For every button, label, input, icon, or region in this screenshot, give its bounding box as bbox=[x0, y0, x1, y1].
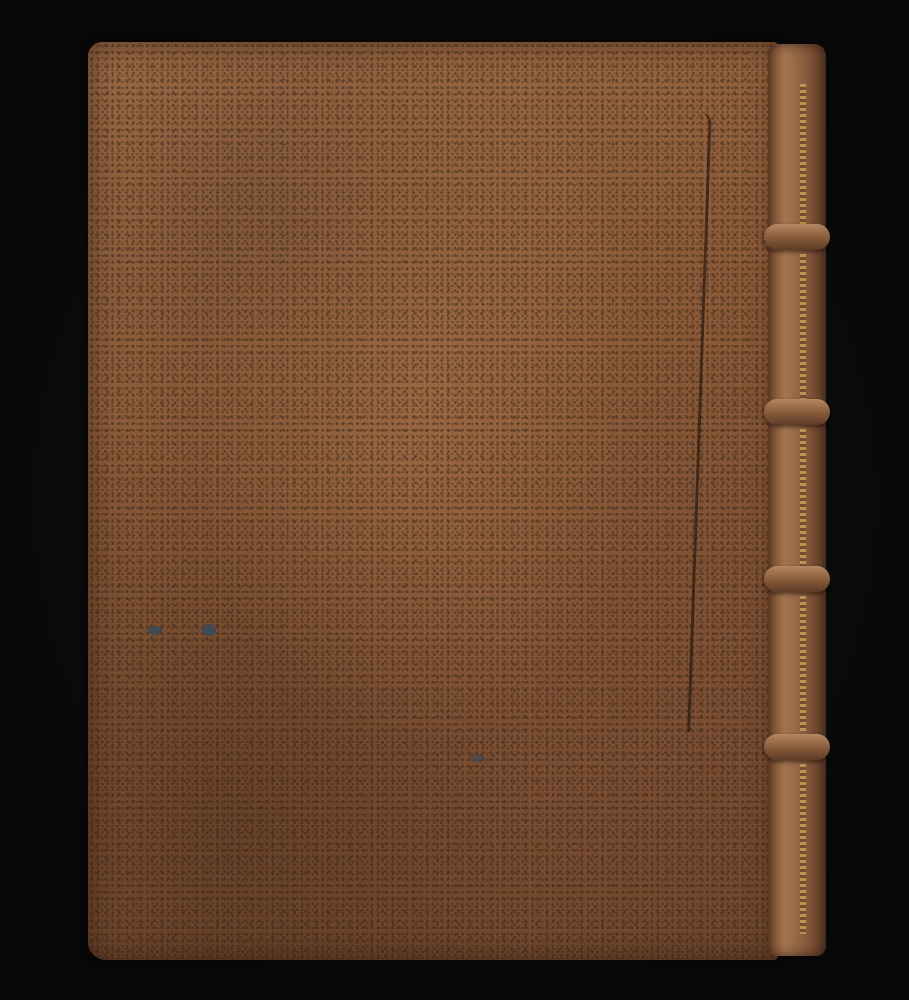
gilt-tooling bbox=[800, 254, 806, 404]
book bbox=[88, 42, 828, 960]
wormhole-mark bbox=[148, 626, 162, 635]
gilt-tooling bbox=[800, 764, 806, 934]
wormhole-mark bbox=[202, 624, 216, 636]
raised-band bbox=[764, 734, 830, 760]
gilt-tooling bbox=[800, 84, 806, 224]
gilt-tooling bbox=[800, 596, 806, 731]
leather-back-cover bbox=[88, 42, 778, 960]
raised-band bbox=[764, 399, 830, 425]
raised-band bbox=[764, 224, 830, 250]
wear-mark bbox=[472, 754, 484, 762]
raised-band bbox=[764, 566, 830, 592]
book-spine bbox=[768, 44, 826, 956]
gilt-tooling bbox=[800, 429, 806, 569]
